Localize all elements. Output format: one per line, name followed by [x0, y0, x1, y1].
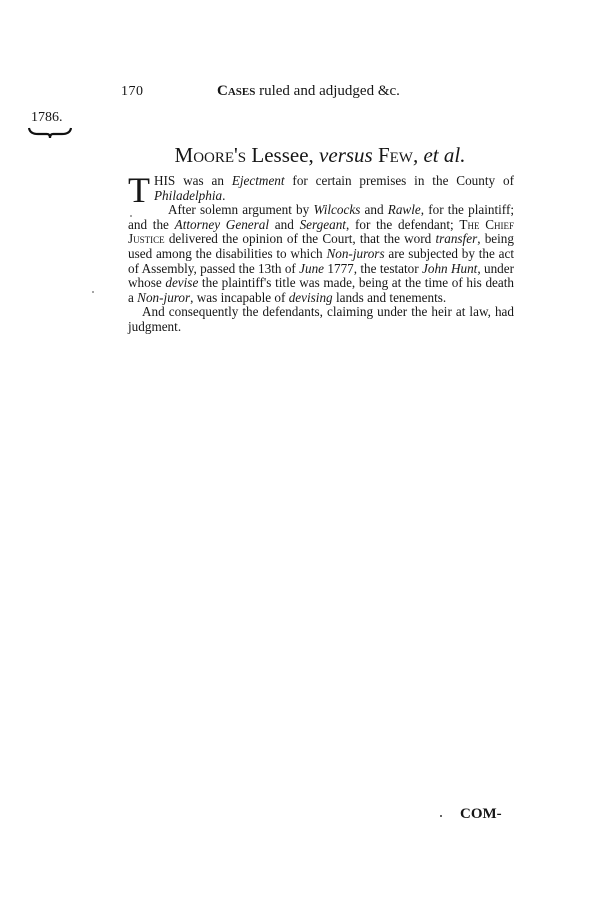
- counsel-name: Wilcocks: [313, 202, 360, 217]
- running-title: Cases ruled and adjudged &c.: [217, 83, 400, 100]
- place-name: Philadelphia: [154, 188, 222, 203]
- case-lessee: Lessee,: [246, 143, 319, 167]
- counsel-name: Attorney General: [175, 217, 269, 232]
- text: and: [269, 217, 300, 232]
- term-ejectment: Ejectment: [232, 173, 285, 188]
- counsel-name: Rawle: [388, 202, 421, 217]
- ink-speck: [130, 215, 132, 217]
- text: delivered the opinion of the Court, that…: [165, 231, 436, 246]
- text: After solemn argument by: [168, 202, 313, 217]
- case-etal: , et al.: [413, 143, 466, 167]
- case-report-body: THIS was an Ejectment for certain premis…: [128, 174, 514, 335]
- brace-icon: [28, 127, 72, 139]
- text: .: [222, 188, 225, 203]
- text: for certain premises in the County of: [285, 173, 514, 188]
- case-versus: versus: [319, 143, 373, 167]
- term-nonjurors: Non-jurors: [326, 246, 384, 261]
- case-plaintiff: Moore's: [175, 143, 247, 167]
- term-devising: devising: [289, 290, 333, 305]
- margin-year: 1786.: [31, 110, 63, 126]
- text: lands and tenements.: [333, 290, 447, 305]
- term-nonjuror: Non-juror: [137, 290, 190, 305]
- drop-cap: T: [128, 176, 150, 205]
- date-month: June: [299, 261, 324, 276]
- text: and: [360, 202, 387, 217]
- catchword: COM-: [460, 806, 502, 823]
- term-devise: devise: [165, 275, 198, 290]
- case-defendant: Few: [373, 143, 413, 167]
- term-transfer: transfer: [435, 231, 477, 246]
- testator-name: John Hunt: [422, 261, 477, 276]
- counsel-name: Sergeant: [300, 217, 346, 232]
- text: , for the defendant;: [346, 217, 459, 232]
- paragraph-1: THIS was an Ejectment for certain premis…: [128, 174, 514, 203]
- text: HIS was an: [154, 173, 232, 188]
- running-head: 170 Cases ruled and adjudged &c.: [0, 84, 600, 104]
- text: , was incapable of: [190, 290, 289, 305]
- ink-speck: [440, 815, 442, 817]
- paragraph-2: After solemn argument by Wilcocks and Ra…: [128, 203, 514, 305]
- running-title-rest: ruled and adjudged &c.: [255, 83, 400, 99]
- ink-speck: [92, 291, 94, 293]
- paragraph-3: And consequently the defendants, claimin…: [128, 305, 514, 334]
- running-title-smallcaps: Cases: [217, 83, 255, 99]
- text: , the testator: [354, 261, 422, 276]
- case-title: Moore's Lessee, versus Few, et al.: [0, 143, 600, 168]
- date-year: 1777: [324, 261, 354, 276]
- page-number: 170: [121, 84, 144, 100]
